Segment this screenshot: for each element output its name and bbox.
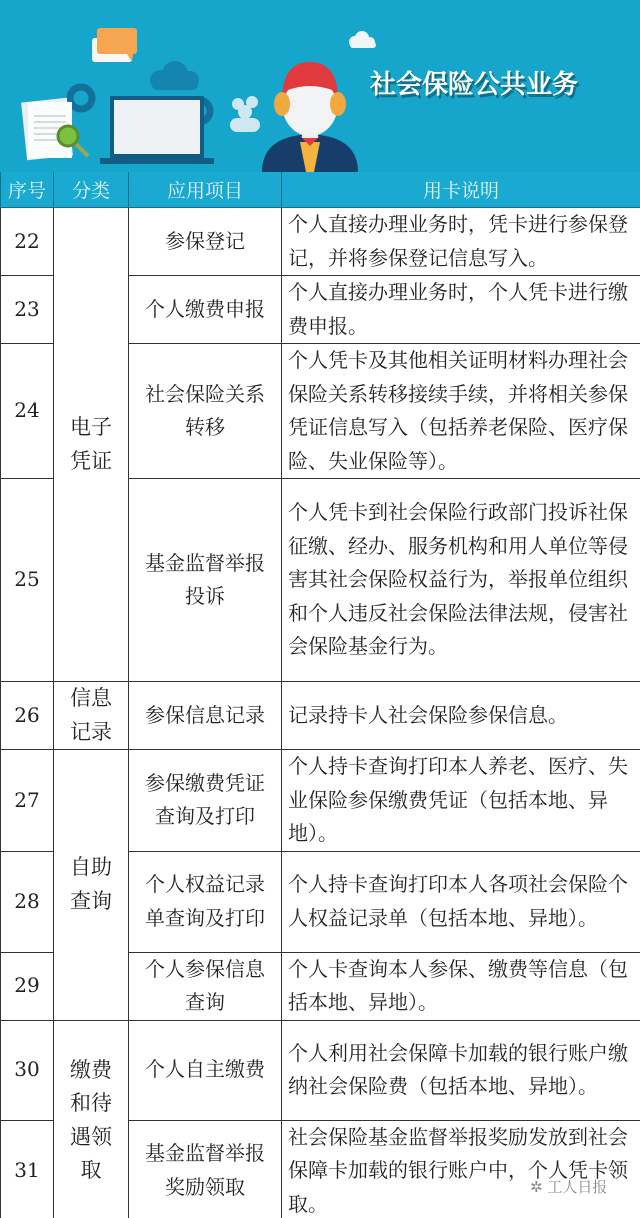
category-cell: 自助查询 [54,750,129,1021]
application-item: 参保缴费凭证查询及打印 [129,750,282,852]
table-row: 30 缴费和待遇领取 个人自主缴费 个人利用社会保障卡加载的银行账户缴纳社会保险… [1,1020,640,1120]
row-number: 23 [1,276,54,344]
application-item: 个人权益记录单查询及打印 [129,851,282,952]
row-number: 26 [1,682,54,750]
header-description: 用卡说明 [282,172,640,208]
usage-description: 个人持卡查询打印本人各项社会保险个人权益记录单（包括本地、异地）。 [282,851,640,952]
cloud-icon [349,31,376,48]
application-item: 参保登记 [129,208,282,276]
header-category: 分类 [54,172,129,208]
usage-description: 个人凭卡到社会保险行政部门投诉社保征缴、经办、服务机构和用人单位等侵害其社会保险… [282,479,640,682]
row-number: 22 [1,208,54,276]
row-number: 25 [1,479,54,682]
watermark-text: 工人日报 [547,1178,607,1196]
row-number: 28 [1,851,54,952]
table-row: 22 电子凭证 参保登记 个人直接办理业务时，凭卡进行参保登记，并将参保登记信息… [1,208,640,276]
table-header-row: 序号 分类 应用项目 用卡说明 [1,172,640,208]
laptop-icon [100,96,214,164]
usage-description: 个人凭卡及其他相关证明材料办理社会保险关系转移接续手续，并将相关参保凭证信息写入… [282,344,640,479]
application-item: 个人自主缴费 [129,1020,282,1120]
application-item: 个人缴费申报 [129,276,282,344]
usage-description: 社会保险基金监督举报奖励发放到社会保障卡加载的银行账户中，个人凭卡领取。 [282,1120,640,1218]
row-number: 31 [1,1120,54,1218]
operator-avatar [262,62,358,172]
watermark: ✲ 工人日报 [530,1176,607,1197]
application-item: 基金监督举报投诉 [129,479,282,682]
row-number: 29 [1,952,54,1020]
category-cell: 电子凭证 [54,208,129,682]
social-insurance-table: 序号 分类 应用项目 用卡说明 22 电子凭证 参保登记 个人直接办理业务时，凭… [0,172,640,1218]
usage-description: 个人卡查询本人参保、缴费等信息（包括本地、异地）。 [282,952,640,1020]
application-item: 基金监督举报奖励领取 [129,1120,282,1218]
usage-description: 个人利用社会保障卡加载的银行账户缴纳社会保险费（包括本地、异地）。 [282,1020,640,1120]
table-row: 27 自助查询 参保缴费凭证查询及打印 个人持卡查询打印本人养老、医疗、失业保险… [1,750,640,852]
users-icon [230,96,260,132]
usage-description: 个人直接办理业务时，个人凭卡进行缴费申报。 [282,276,640,344]
usage-description: 个人直接办理业务时，凭卡进行参保登记，并将参保登记信息写入。 [282,208,640,276]
header-application: 应用项目 [129,172,282,208]
category-cell: 信息记录 [54,682,129,750]
header-number: 序号 [1,172,54,208]
row-number: 30 [1,1020,54,1120]
application-item: 参保信息记录 [129,682,282,750]
cloud-icon [150,61,199,90]
wechat-icon: ✲ [530,1178,547,1196]
table-row: 26 信息记录 参保信息记录 记录持卡人社会保险参保信息。 [1,682,640,750]
banner: 社会保险公共业务 [0,0,640,172]
usage-description: 记录持卡人社会保险参保信息。 [282,682,640,750]
row-number: 24 [1,344,54,479]
application-item: 社会保险关系转移 [129,344,282,479]
usage-description: 个人持卡查询打印本人养老、医疗、失业保险参保缴费凭证（包括本地、异地）。 [282,750,640,852]
application-item: 个人参保信息查询 [129,952,282,1020]
chat-bubble-icon [92,28,137,62]
banner-title: 社会保险公共业务 [370,64,578,101]
category-cell: 缴费和待遇领取 [54,1020,129,1218]
row-number: 27 [1,750,54,852]
